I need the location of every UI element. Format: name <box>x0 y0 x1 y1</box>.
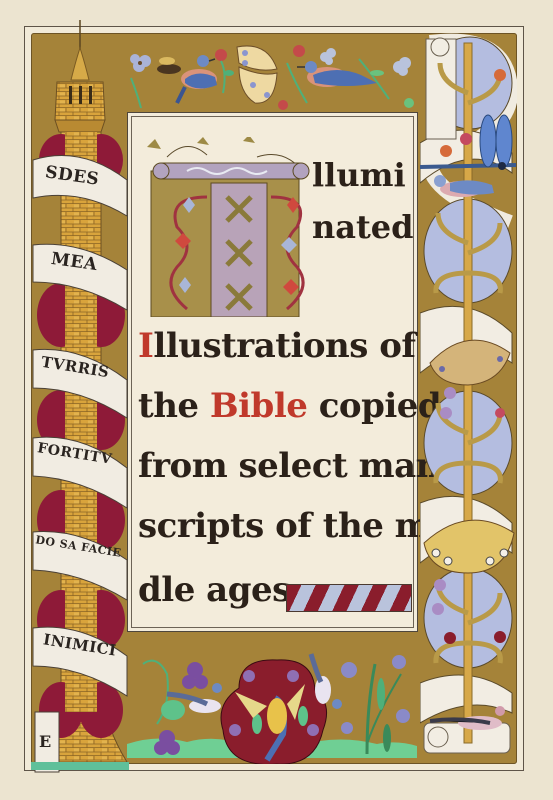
title-line-llumi: llumi <box>312 156 412 194</box>
top-floral-border <box>127 33 420 111</box>
butterfly-icon <box>237 46 277 103</box>
title-line-bible: the Bible copied <box>138 386 412 426</box>
title-line-illustrations: Illustrations of <box>138 326 412 366</box>
thistle-icon <box>341 655 410 754</box>
title-line-from-select: from select manu <box>138 446 412 486</box>
title-line-nated: nated <box>312 208 412 246</box>
manuscript-page: SDES MEA TVRRIS FORTITV DO SA FACIE INIM… <box>0 0 553 800</box>
bee-icon <box>157 57 181 74</box>
banner-line-7: E <box>39 732 52 751</box>
line-filler-stripe <box>286 584 412 612</box>
bird-icon <box>177 55 217 103</box>
bottom-floral-border <box>127 634 420 764</box>
left-tower-border: SDES MEA TVRRIS FORTITV DO SA FACIE INIM… <box>31 20 129 765</box>
illuminated-initial <box>147 137 312 317</box>
title-line-scripts: scripts of the mid <box>138 506 412 546</box>
initial-letter-i-icon <box>147 137 312 317</box>
flower-icon <box>278 45 307 110</box>
right-vine-border <box>420 33 517 764</box>
tower-icon <box>31 20 129 780</box>
flower-icon <box>215 49 234 93</box>
scroll-icon <box>426 38 456 139</box>
red-word-bible: Bible <box>210 386 307 426</box>
red-initial-i: I <box>138 326 153 366</box>
flower-icon <box>130 54 151 108</box>
